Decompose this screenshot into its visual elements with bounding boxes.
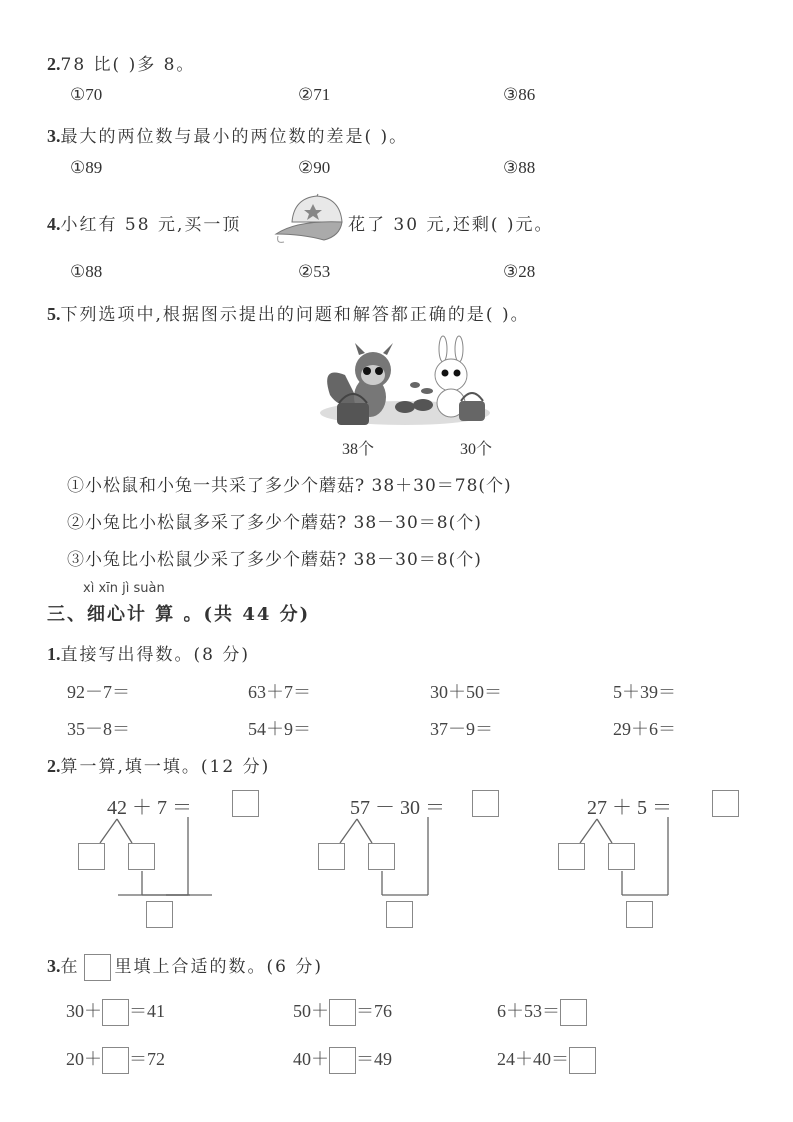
question-text-after: 里填上合适的数。(6 分) bbox=[115, 957, 323, 977]
question-2: 2.78 比( )多 8。 bbox=[47, 50, 195, 75]
calc-item: 30＋50＝ bbox=[430, 678, 502, 704]
expr-right: ＝72 bbox=[129, 1049, 165, 1069]
calc-item: 54＋9＝ bbox=[248, 715, 311, 741]
fill-item: 20＋＝72 bbox=[66, 1045, 165, 1074]
option-1[interactable]: ①89 bbox=[70, 158, 102, 178]
question-text: 78 比( )多 8。 bbox=[61, 55, 196, 75]
option-1[interactable]: ①70 bbox=[70, 85, 102, 105]
calc-item: 29＋6＝ bbox=[613, 715, 676, 741]
answer-box[interactable] bbox=[560, 999, 587, 1026]
fill-item: 30＋＝41 bbox=[66, 997, 165, 1026]
expr-left: 24＋40＝ bbox=[497, 1049, 569, 1069]
answer-box[interactable] bbox=[102, 1047, 129, 1074]
option-2[interactable]: ②90 bbox=[298, 158, 330, 178]
question-3: 3.最大的两位数与最小的两位数的差是( )。 bbox=[47, 122, 408, 147]
question-number: 1. bbox=[47, 644, 61, 664]
squirrel-count-label: 38个 bbox=[342, 436, 374, 459]
section-title: 三、细心计 算 。(共 44 分) bbox=[47, 600, 310, 626]
calc-item: 92－7＝ bbox=[67, 678, 130, 704]
answer-box[interactable] bbox=[329, 1047, 356, 1074]
question-number: 4. bbox=[47, 214, 61, 234]
decomposition-diagram-1: 42 ＋ 7 ＝ bbox=[70, 785, 270, 935]
answer-box[interactable] bbox=[329, 999, 356, 1026]
question-5: 5.下列选项中,根据图示提出的问题和解答都正确的是( )。 bbox=[47, 300, 530, 325]
question-number: 2. bbox=[47, 54, 61, 74]
option-3[interactable]: ③28 bbox=[503, 262, 535, 282]
split-box-left[interactable] bbox=[78, 843, 105, 870]
fill-item: 24＋40＝ bbox=[497, 1045, 596, 1074]
rabbit-count-label: 30个 bbox=[460, 436, 492, 459]
expr-left: 40＋ bbox=[293, 1049, 329, 1069]
split-box-left[interactable] bbox=[318, 843, 345, 870]
split-box-right[interactable] bbox=[608, 843, 635, 870]
intermediate-box[interactable] bbox=[626, 901, 653, 928]
cap-image bbox=[272, 192, 352, 252]
answer-box[interactable] bbox=[102, 999, 129, 1026]
question-4: 4.小红有 58 元,买一顶 bbox=[47, 210, 241, 235]
example-box bbox=[84, 954, 111, 981]
question-4-continued: 花了 30 元,还剩( )元。 bbox=[348, 210, 554, 235]
squirrel-rabbit-mushrooms-image bbox=[315, 335, 495, 435]
expr-right: ＝41 bbox=[129, 1001, 165, 1021]
section-pinyin: xì xīn jì suàn bbox=[83, 581, 165, 596]
question-number: 3. bbox=[47, 956, 61, 976]
question-number: 5. bbox=[47, 304, 61, 324]
fill-item: 6＋53＝ bbox=[497, 997, 587, 1026]
split-box-left[interactable] bbox=[558, 843, 585, 870]
question-3-3: 3.在里填上合适的数。(6 分) bbox=[47, 952, 323, 981]
question-text: 下列选项中,根据图示提出的问题和解答都正确的是( )。 bbox=[61, 305, 530, 325]
intermediate-box[interactable] bbox=[386, 901, 413, 928]
split-box-right[interactable] bbox=[128, 843, 155, 870]
question-text-before: 在 bbox=[61, 957, 80, 977]
option-3[interactable]: ③86 bbox=[503, 85, 535, 105]
decomposition-diagram-2: 57 － 30 ＝ bbox=[310, 785, 510, 935]
expr-right: ＝49 bbox=[356, 1049, 392, 1069]
question-text: 直接写出得数。(8 分) bbox=[61, 645, 250, 665]
expr-left: 50＋ bbox=[293, 1001, 329, 1021]
question-3-2: 2.算一算,填一填。(12 分) bbox=[47, 752, 270, 777]
split-box-right[interactable] bbox=[368, 843, 395, 870]
question-number: 2. bbox=[47, 756, 61, 776]
expr-right: ＝76 bbox=[356, 1001, 392, 1021]
expr-left: 6＋53＝ bbox=[497, 1001, 560, 1021]
option-2[interactable]: ②小兔比小松鼠多采了多少个蘑菇? 38－30＝8(个) bbox=[67, 508, 482, 533]
fill-item: 40＋＝49 bbox=[293, 1045, 392, 1074]
calc-item: 5＋39＝ bbox=[613, 678, 676, 704]
question-text-before: 小红有 58 元,买一顶 bbox=[61, 215, 242, 235]
option-2[interactable]: ②71 bbox=[298, 85, 330, 105]
question-text: 算一算,填一填。(12 分) bbox=[61, 757, 271, 777]
answer-box[interactable] bbox=[569, 1047, 596, 1074]
question-number: 3. bbox=[47, 126, 61, 146]
decomposition-diagram-3: 27 ＋ 5 ＝ bbox=[550, 785, 750, 935]
intermediate-box[interactable] bbox=[146, 901, 173, 928]
option-1[interactable]: ①小松鼠和小兔一共采了多少个蘑菇? 38＋30＝78(个) bbox=[67, 471, 512, 496]
expr-left: 30＋ bbox=[66, 1001, 102, 1021]
calc-item: 37－9＝ bbox=[430, 715, 493, 741]
option-1[interactable]: ①88 bbox=[70, 262, 102, 282]
calc-item: 35－8＝ bbox=[67, 715, 130, 741]
option-3[interactable]: ③88 bbox=[503, 158, 535, 178]
option-3[interactable]: ③小兔比小松鼠少采了多少个蘑菇? 38－30＝8(个) bbox=[67, 545, 482, 570]
calc-item: 63＋7＝ bbox=[248, 678, 311, 704]
question-3-1: 1.直接写出得数。(8 分) bbox=[47, 640, 250, 665]
question-text: 最大的两位数与最小的两位数的差是( )。 bbox=[61, 127, 409, 147]
expr-left: 20＋ bbox=[66, 1049, 102, 1069]
fill-item: 50＋＝76 bbox=[293, 997, 392, 1026]
option-2[interactable]: ②53 bbox=[298, 262, 330, 282]
